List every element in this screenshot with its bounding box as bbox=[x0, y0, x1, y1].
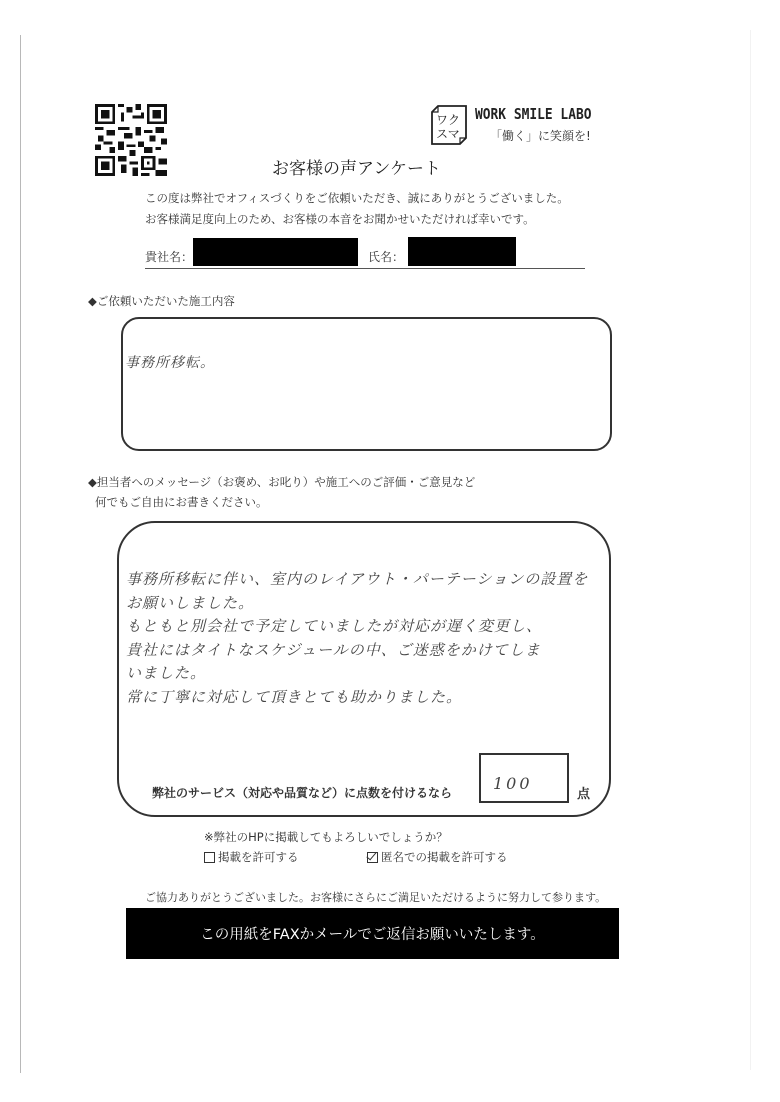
message-answer-line: いました。 bbox=[126, 662, 588, 686]
work-content-answer: 事務所移転。 bbox=[125, 352, 215, 372]
checkbox-allow-publication[interactable] bbox=[204, 852, 215, 863]
option-allow-anonymous-publication[interactable]: 匿名での掲載を許可する bbox=[367, 849, 508, 865]
option-label: 掲載を許可する bbox=[218, 849, 299, 865]
checkbox-allow-anonymous-publication[interactable] bbox=[367, 852, 378, 863]
banner-text: この用紙をFAXかメールでご返信お願いいたします。 bbox=[200, 923, 544, 944]
message-answer-line: 常に丁寧に対応して頂きとても助かりました。 bbox=[126, 686, 588, 710]
work-smile-labo-logo: ワク スマ WORK SMILE LABO 「働く」に笑顔を! bbox=[428, 103, 638, 149]
option-allow-publication[interactable]: 掲載を許可する bbox=[204, 849, 299, 865]
page-edge bbox=[20, 35, 21, 1073]
page-edge bbox=[750, 30, 751, 1070]
message-answer-line: もともと別会社で予定していましたが対応が遅く変更し、 bbox=[126, 615, 588, 639]
publication-question: ※弊社のHPに掲載してもよろしいでしょうか？ bbox=[204, 829, 448, 845]
qr-code-icon bbox=[95, 104, 167, 176]
score-label: 弊社のサービス（対応や品質など）に点数を付けるなら bbox=[152, 784, 452, 801]
company-name-redacted bbox=[193, 238, 358, 266]
message-answer-line: お願いしました。 bbox=[126, 592, 588, 616]
svg-text:スマ: スマ bbox=[436, 127, 460, 141]
name-label: 氏名： bbox=[368, 248, 404, 265]
return-instructions-banner: この用紙をFAXかメールでご返信お願いいたします。 bbox=[126, 908, 619, 959]
section-message-label-line: 何でもご自由にお書きください。 bbox=[88, 492, 475, 512]
message-answer-line: 貴社にはタイトなスケジュールの中、ご迷惑をかけてしま bbox=[126, 639, 588, 663]
logo-brand-name: WORK SMILE LABO bbox=[475, 105, 592, 123]
section-message-label-line: ◆担当者へのメッセージ（お褒め、お叱り）や施工へのご評価・ご意見など bbox=[88, 472, 475, 492]
work-content-answer-box bbox=[121, 317, 612, 451]
customer-info-row: 貴社名： 氏名： bbox=[145, 238, 585, 269]
person-name-redacted bbox=[408, 237, 516, 266]
intro-line: お客様満足度向上のため、お客様の本音をお聞かせいただければ幸いです。 bbox=[145, 209, 569, 230]
score-value: 100 bbox=[493, 774, 533, 793]
section-work-content-label: ◆ご依頼いただいた施工内容 bbox=[88, 291, 235, 311]
svg-text:ワク: ワク bbox=[436, 113, 460, 127]
option-label: 匿名での掲載を許可する bbox=[381, 849, 508, 865]
intro-line: この度は弊社でオフィスづくりをご依頼いただき、誠にありがとうございました。 bbox=[145, 188, 569, 209]
wakusuma-cube-icon: ワク スマ bbox=[428, 104, 468, 146]
section-message-label: ◆担当者へのメッセージ（お褒め、お叱り）や施工へのご評価・ご意見など 何でもご自… bbox=[88, 472, 475, 512]
message-answer: 事務所移転に伴い、室内のレイアウト・パーテーションの設置をお願いしました。もとも… bbox=[126, 568, 588, 709]
logo-tagline: 「働く」に笑顔を! bbox=[490, 127, 591, 144]
company-label: 貴社名： bbox=[145, 248, 193, 265]
score-unit: 点 bbox=[577, 783, 590, 802]
intro-text: この度は弊社でオフィスづくりをご依頼いただき、誠にありがとうございました。 お客… bbox=[145, 188, 569, 230]
message-answer-line: 事務所移転に伴い、室内のレイアウト・パーテーションの設置を bbox=[126, 568, 588, 592]
page-title: お客様の声アンケート bbox=[272, 154, 441, 179]
thanks-text: ご協力ありがとうございました。お客様にさらにご満足いただけるように努力して参りま… bbox=[145, 889, 606, 905]
